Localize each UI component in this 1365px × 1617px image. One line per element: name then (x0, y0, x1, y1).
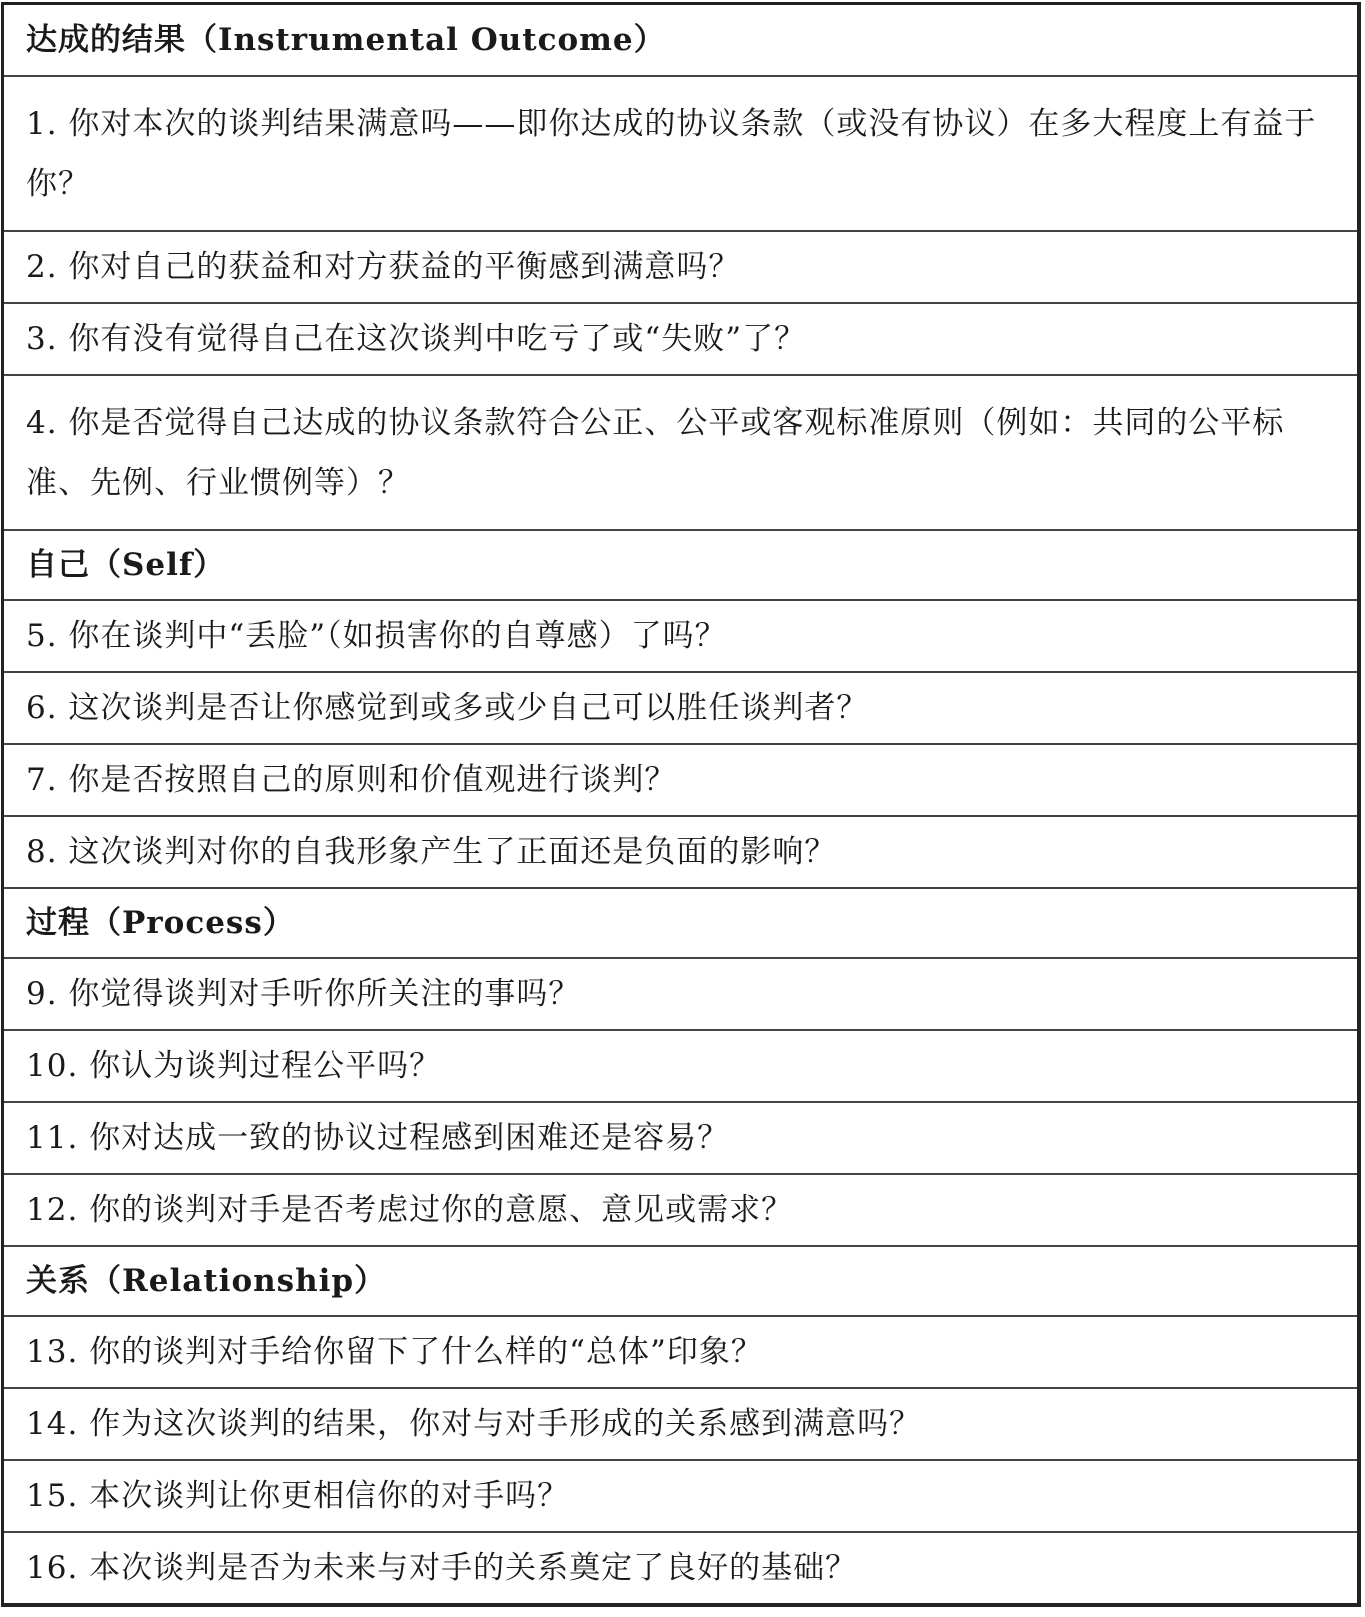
question-row: 2. 你对自己的获益和对方获益的平衡感到满意吗？ (4, 230, 1357, 302)
question-text: 9. 你觉得谈判对手听你所关注的事吗？ (26, 964, 580, 1024)
question-row: 8. 这次谈判对你的自我形象产生了正面还是负面的影响？ (4, 815, 1357, 887)
question-row: 7. 你是否按照自己的原则和价值观进行谈判？ (4, 743, 1357, 815)
section-header-instrumental-outcome: 达成的结果（Instrumental Outcome） (4, 5, 1357, 75)
section-title: 自己（Self） (26, 535, 225, 595)
question-text: 14. 作为这次谈判的结果，你对与对手形成的关系感到满意吗？ (26, 1394, 921, 1454)
question-row: 3. 你有没有觉得自己在这次谈判中吃亏了或“失败”了？ (4, 302, 1357, 374)
question-row: 13. 你的谈判对手给你留下了什么样的“总体”印象？ (4, 1315, 1357, 1387)
question-text: 16. 本次谈判是否为未来与对手的关系奠定了良好的基础？ (26, 1538, 857, 1598)
question-row: 10. 你认为谈判过程公平吗？ (4, 1029, 1357, 1101)
questionnaire-table: 达成的结果（Instrumental Outcome） 1. 你对本次的谈判结果… (1, 2, 1361, 1607)
question-text: 6. 这次谈判是否让你感觉到或多或少自己可以胜任谈判者？ (26, 678, 868, 738)
question-row: 15. 本次谈判让你更相信你的对手吗？ (4, 1459, 1357, 1531)
question-row: 1. 你对本次的谈判结果满意吗——即你达成的协议条款（或没有协议）在多大程度上有… (4, 75, 1357, 230)
question-text: 15. 本次谈判让你更相信你的对手吗？ (26, 1466, 569, 1526)
section-header-process: 过程（Process） (4, 887, 1357, 957)
question-row: 16. 本次谈判是否为未来与对手的关系奠定了良好的基础？ (4, 1531, 1357, 1603)
question-text: 1. 你对本次的谈判结果满意吗——即你达成的协议条款（或没有协议）在多大程度上有… (26, 94, 1337, 214)
question-text: 11. 你对达成一致的协议过程感到困难还是容易？ (26, 1108, 729, 1168)
section-header-self: 自己（Self） (4, 529, 1357, 599)
question-row: 4. 你是否觉得自己达成的协议条款符合公正、公平或客观标准原则（例如：共同的公平… (4, 374, 1357, 529)
question-text: 12. 你的谈判对手是否考虑过你的意愿、意见或需求？ (26, 1180, 793, 1240)
section-title: 达成的结果（Instrumental Outcome） (26, 10, 666, 70)
question-text: 3. 你有没有觉得自己在这次谈判中吃亏了或“失败”了？ (26, 309, 806, 369)
question-text: 2. 你对自己的获益和对方获益的平衡感到满意吗？ (26, 237, 740, 297)
question-row: 12. 你的谈判对手是否考虑过你的意愿、意见或需求？ (4, 1173, 1357, 1245)
question-row: 11. 你对达成一致的协议过程感到困难还是容易？ (4, 1101, 1357, 1173)
question-text: 4. 你是否觉得自己达成的协议条款符合公正、公平或客观标准原则（例如：共同的公平… (26, 393, 1337, 513)
question-row: 6. 这次谈判是否让你感觉到或多或少自己可以胜任谈判者？ (4, 671, 1357, 743)
question-row: 9. 你觉得谈判对手听你所关注的事吗？ (4, 957, 1357, 1029)
question-text: 10. 你认为谈判过程公平吗？ (26, 1036, 441, 1096)
question-text: 5. 你在谈判中“丢脸”（如损害你的自尊感）了吗？ (26, 606, 727, 666)
question-text: 13. 你的谈判对手给你留下了什么样的“总体”印象？ (26, 1322, 763, 1382)
question-row: 14. 作为这次谈判的结果，你对与对手形成的关系感到满意吗？ (4, 1387, 1357, 1459)
section-title: 过程（Process） (26, 893, 295, 953)
question-text: 8. 这次谈判对你的自我形象产生了正面还是负面的影响？ (26, 822, 836, 882)
section-title: 关系（Relationship） (26, 1251, 386, 1311)
question-text: 7. 你是否按照自己的原则和价值观进行谈判？ (26, 750, 676, 810)
question-row: 5. 你在谈判中“丢脸”（如损害你的自尊感）了吗？ (4, 599, 1357, 671)
section-header-relationship: 关系（Relationship） (4, 1245, 1357, 1315)
